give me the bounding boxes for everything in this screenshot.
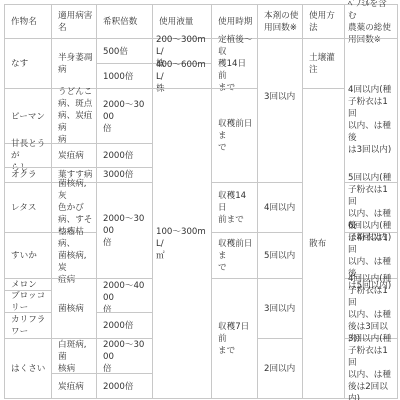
total-uses-4-group-b: 4回以内(種 子粉衣は1回 以内、は種 後は3回以 内) <box>344 278 398 339</box>
dilution-hakusai-2-text: 2000倍 <box>103 381 133 393</box>
uses-3-group-a-text: 3回以内 <box>264 91 295 103</box>
dilution-amanaga: 2000倍 <box>96 143 153 168</box>
uses-3-group-b-text: 3回以内 <box>264 303 295 315</box>
crop-lettuce: レタス <box>4 182 52 233</box>
total-uses-3: 3回以内(種 子粉衣は1回 以内、は種 後は2回以 内) <box>344 338 398 399</box>
volume-100-300-text: 100～300mL/ ㎡ <box>156 226 208 262</box>
header-uses-text: 本剤の使 用回数※ <box>264 10 298 34</box>
dilution-hakusai-1: 2000～3000 倍 <box>96 338 153 374</box>
crop-hakusai-text: はくさい <box>11 363 45 375</box>
disease-watermelon: つる枯病、 菌核病,炭 疽病 <box>51 232 97 279</box>
dilution-cauliflower: 2000倍 <box>96 312 153 339</box>
disease-amanaga: 炭疽病 <box>51 143 97 168</box>
volume-nasu-2: 400～600mL/ 株 <box>152 63 212 89</box>
crop-amanaga: 甘長とうが らし <box>4 143 52 168</box>
header-total-uses: ﾍﾞﾉﾐﾙを含む 農薬の総使 用回数※ <box>344 4 398 39</box>
crop-hakusai: はくさい <box>4 338 52 399</box>
timing-harvest-prev-day-a-text: 収穫前日ま で <box>218 118 254 154</box>
crop-cauliflower-text: カリフラ ワー <box>11 314 45 338</box>
total-uses-3-text: 3回以内(種 子粉衣は1回 以内、は種 後は2回以 内) <box>348 333 394 400</box>
crop-nasu: なす <box>4 38 52 89</box>
crop-broccoli: ブロッコ リー <box>4 290 52 313</box>
uses-4: 4回以内 <box>257 182 303 233</box>
timing-nasu-text: 定植後～収 穫14日前 まで <box>218 34 254 94</box>
crop-pepper-text: ピーマン <box>11 111 45 123</box>
header-disease-text: 適用病害 名 <box>58 10 92 34</box>
uses-5-text: 5回以内 <box>264 250 295 262</box>
disease-hakusai-1-text: 白斑病,菌 核病 <box>58 339 93 375</box>
uses-2-text: 2回以内 <box>264 363 295 375</box>
disease-nasu-text: 半身萎凋 病 <box>58 52 92 76</box>
header-timing-text: 使用時期 <box>218 16 252 28</box>
uses-5: 5回以内 <box>257 232 303 279</box>
timing-harvest-7-days: 収穫7日前 まで <box>211 278 258 399</box>
crop-broccoli-text: ブロッコ リー <box>11 290 45 314</box>
dilution-hakusai-2: 2000倍 <box>96 373 153 399</box>
crop-okra-text: オクラ <box>11 169 37 181</box>
disease-brassica: 菌核病 <box>51 278 97 339</box>
dilution-nasu-1-text: 500倍 <box>103 46 128 58</box>
disease-brassica-text: 菌核病 <box>58 303 84 315</box>
disease-watermelon-text: つる枯病、 菌核病,炭 疽病 <box>58 226 93 286</box>
header-dilution: 希釈倍数 <box>96 4 153 39</box>
crop-cauliflower: カリフラ ワー <box>4 312 52 339</box>
uses-3-group-a: 3回以内 <box>257 38 303 183</box>
dilution-pepper: 2000～3000 倍 <box>96 88 153 144</box>
disease-nasu: 半身萎凋 病 <box>51 38 97 89</box>
dilution-shared-2000-3000: 2000～3000 倍 <box>96 182 153 279</box>
disease-pepper: うどんこ 病、斑点 病、炭疽病 病 <box>51 88 97 144</box>
method-spray: 散布 <box>302 88 345 399</box>
dilution-okra-text: 3000倍 <box>103 169 133 181</box>
dilution-nasu-2-text: 1000倍 <box>103 71 133 83</box>
uses-4-text: 4回以内 <box>264 202 295 214</box>
dilution-hakusai-1-text: 2000～3000 倍 <box>103 339 149 375</box>
disease-hakusai-1: 白斑病,菌 核病 <box>51 338 97 374</box>
pesticide-usage-table: 作物名 適用病害 名 希釈倍数 使用液量 使用時期 本剤の使 用回数※ 使用方法… <box>0 0 400 400</box>
total-uses-4-group-a-text: 4回以内(種 子粉衣は1回 以内、は種後 は3回以内) <box>348 84 394 156</box>
timing-harvest-prev-day-b: 収穫前日ま で <box>211 232 258 279</box>
crop-nasu-text: なす <box>11 58 28 70</box>
uses-2: 2回以内 <box>257 338 303 399</box>
crop-watermelon-text: すいか <box>11 250 37 262</box>
header-disease: 適用病害 名 <box>51 4 97 39</box>
timing-harvest-14-days-text: 収穫14日 前まで <box>218 190 254 226</box>
timing-nasu: 定植後～収 穫14日前 まで <box>211 38 258 89</box>
header-crop: 作物名 <box>4 4 52 39</box>
disease-pepper-text: うどんこ 病、斑点 病、炭疽病 病 <box>58 86 93 146</box>
method-soil-drench: 土壌灌注 <box>302 38 345 89</box>
header-crop-text: 作物名 <box>11 16 37 28</box>
dilution-amanaga-text: 2000倍 <box>103 150 133 162</box>
header-dilution-text: 希釈倍数 <box>103 16 137 28</box>
method-spray-text: 散布 <box>309 238 326 250</box>
dilution-okra: 3000倍 <box>96 167 153 183</box>
timing-harvest-7-days-text: 収穫7日前 まで <box>218 321 254 357</box>
timing-harvest-prev-day-a: 収穫前日ま で <box>211 88 258 183</box>
crop-pepper: ピーマン <box>4 88 52 144</box>
header-volume-text: 使用液量 <box>159 16 193 28</box>
header-method-text: 使用方法 <box>309 10 341 34</box>
dilution-cauliflower-text: 2000倍 <box>103 320 133 332</box>
dilution-broccoli-text: 2000～4000 倍 <box>103 280 149 316</box>
total-uses-4-group-a: 4回以内(種 子粉衣は1回 以内、は種後 は3回以内) <box>344 38 398 183</box>
dilution-nasu-1: 500倍 <box>96 38 153 64</box>
volume-100-300: 100～300mL/ ㎡ <box>152 88 212 399</box>
crop-lettuce-text: レタス <box>11 202 36 214</box>
dilution-nasu-2: 1000倍 <box>96 63 153 89</box>
timing-harvest-14-days: 収穫14日 前まで <box>211 182 258 233</box>
crop-watermelon: すいか <box>4 232 52 279</box>
header-method: 使用方法 <box>302 4 345 39</box>
disease-amanaga-text: 炭疽病 <box>58 150 84 162</box>
timing-harvest-prev-day-b-text: 収穫前日ま で <box>218 238 254 274</box>
disease-hakusai-2-text: 炭疽病 <box>58 381 84 393</box>
dilution-pepper-text: 2000～3000 倍 <box>103 99 149 135</box>
disease-hakusai-2: 炭疽病 <box>51 373 97 399</box>
dilution-broccoli: 2000～4000 倍 <box>96 278 153 313</box>
method-soil-drench-text: 土壌灌注 <box>309 52 341 76</box>
header-uses: 本剤の使 用回数※ <box>257 4 303 39</box>
dilution-shared-2000-3000-text: 2000～3000 倍 <box>103 213 149 249</box>
crop-okra: オクラ <box>4 167 52 183</box>
uses-3-group-b: 3回以内 <box>257 278 303 339</box>
